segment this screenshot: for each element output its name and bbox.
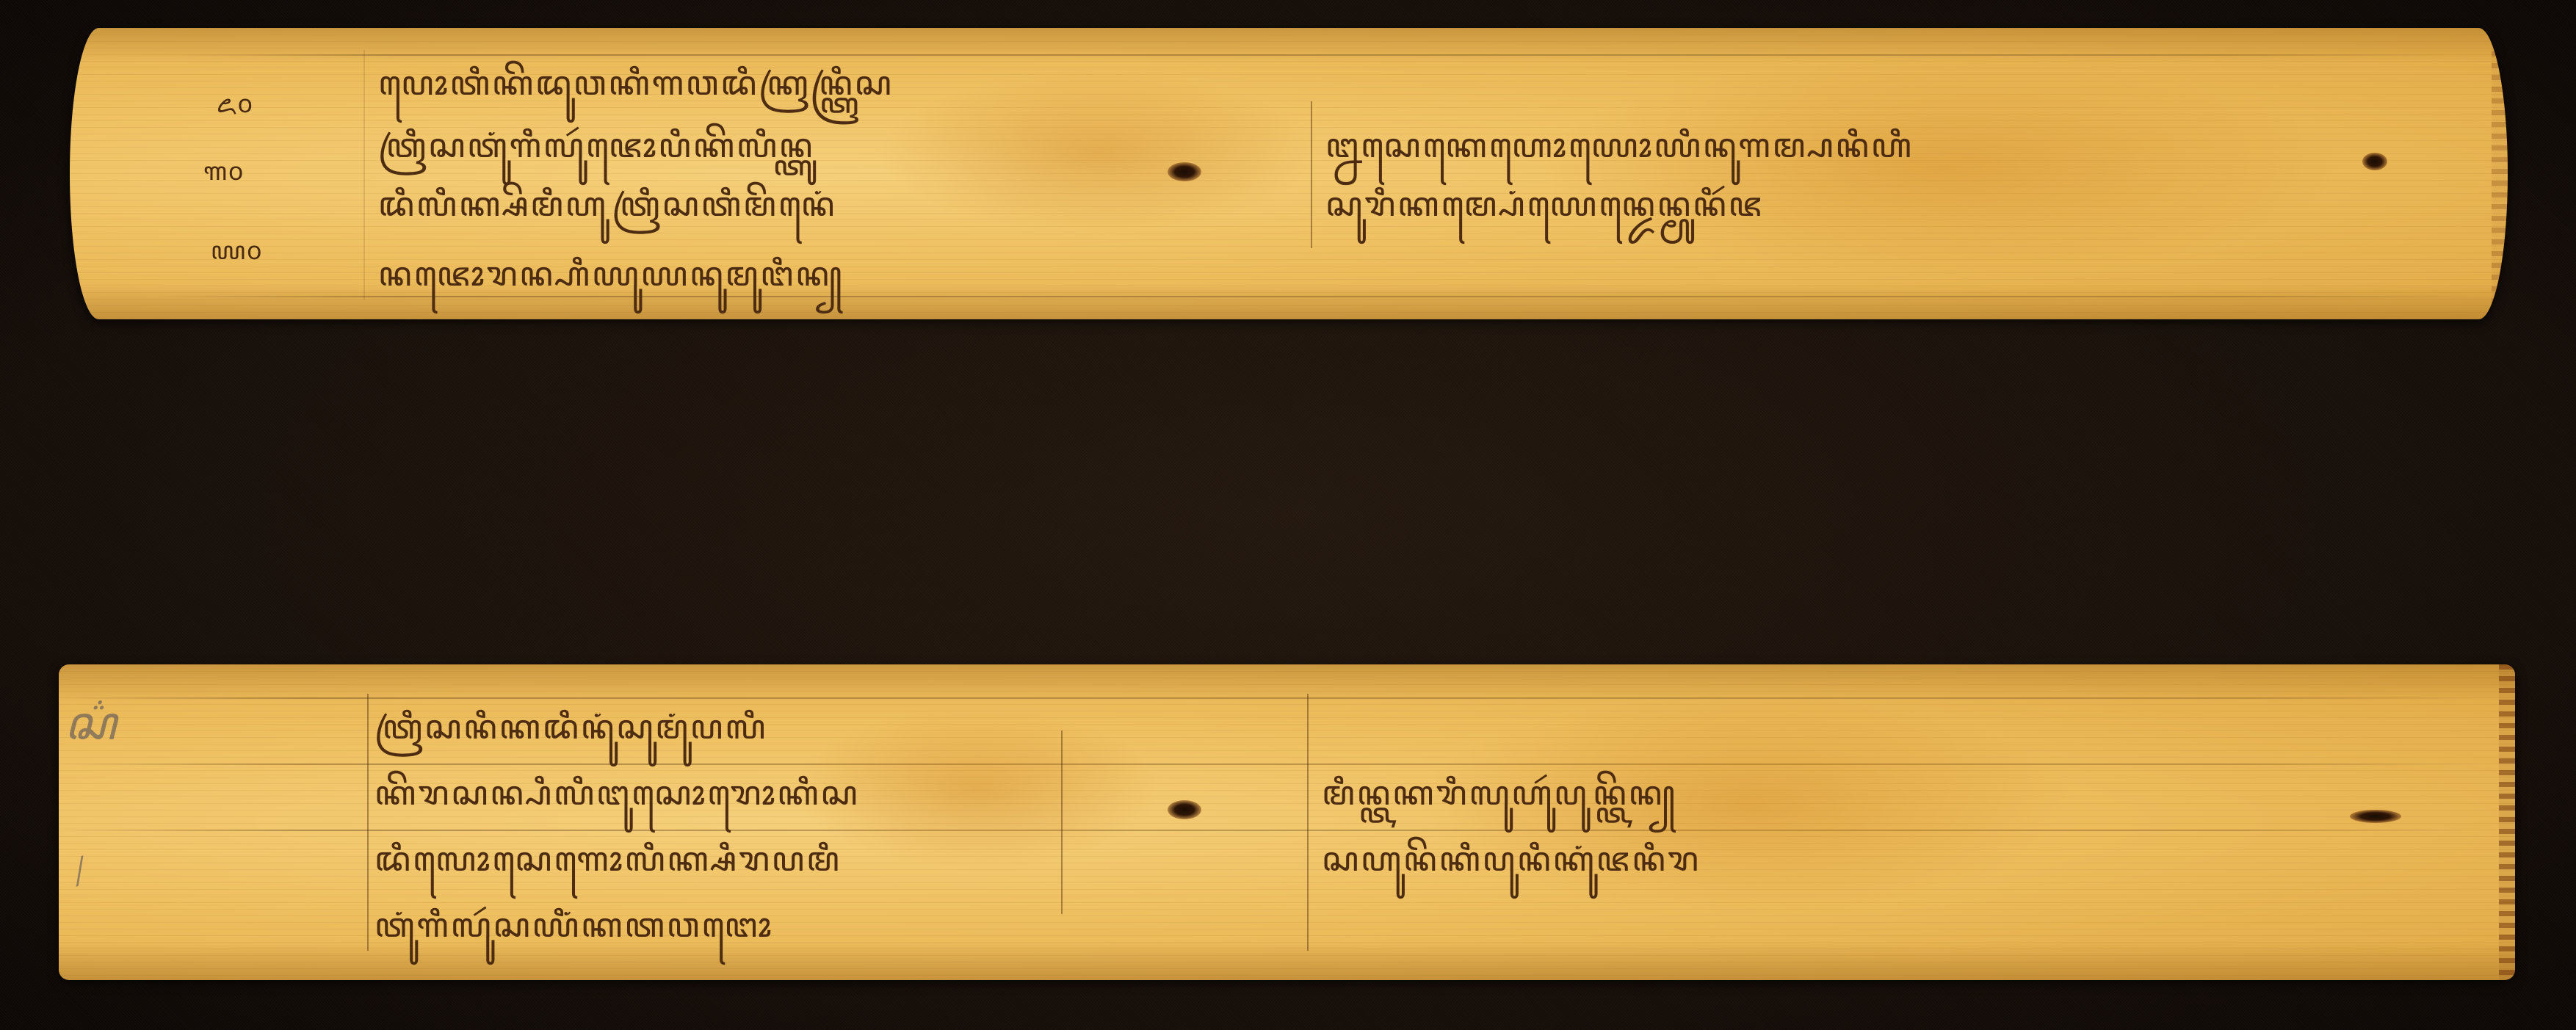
string-hole-right	[2362, 153, 2387, 170]
palm-leaf-folio-top: ꧖꧐ ꧑꧐ ꧙꧐ ꦥꦺꦴꦠꦶꦏꦼꦢꦸꦮꦏꦶꦒꦮꦢꦶꦏꦿꦤ꧀ꦠꦿꦶꦱ ꦠꦿꦶꦱꦠꦸ…	[70, 28, 2508, 319]
ruled-line	[173, 54, 2449, 56]
center-divider-right	[1307, 694, 1309, 951]
center-divider	[1311, 101, 1312, 248]
ruled-line	[59, 697, 2482, 699]
edge-wear-damage	[2499, 664, 2515, 980]
left-margin-rule	[367, 694, 369, 951]
text-line: ꦱꦸꦫꦶꦏꦩ꧀ꦥꦺꦁꦪꦺꦤ꧀ꦢꦺꦤ꧀ꦩꦸꦤꦶꦂꦗ	[1325, 178, 2390, 247]
pencil-annotation: ꦱ꦳	[65, 686, 116, 783]
string-hole-right	[2350, 810, 2401, 823]
palm-leaf-folio-bottom: ꦱ꦳ / ꦠꦿꦶꦱꦤꦶꦏꦢꦶꦤꦸꦁꦱꦸꦩꦸꦁꦥꦭꦶ ꦏꦼꦫꦱꦤ꧀ꦥꦶꦭꦶꦔꦸꦱꦺ…	[59, 664, 2515, 980]
text-line: ꦩꦶꦤ꧀ꦠꦏꦫꦶꦭꦸꦲꦸꦂꦥꦸꦤ꧀ꦠꦼꦤ꧀	[1322, 767, 2387, 836]
left-margin-rule	[363, 50, 365, 300]
pencil-annotation: /	[66, 847, 92, 896]
text-line: ꦢꦶꦭꦶꦏ꧀ꦱꦼꦩꦶꦲꦸꦠꦿꦶꦱꦠꦶꦩꦼꦤꦺꦁ	[378, 178, 1230, 247]
text-line: ꦱꦲꦸꦤꦼꦏꦶꦥꦸꦤꦶꦏꦸꦁꦗꦤꦶꦫ	[1322, 833, 2387, 902]
edge-wear	[2492, 28, 2508, 319]
text-line: ꦢꦶꦭꦺꦴꦱꦺꦒꦺꦴꦭꦶꦏ꧀ꦱꦶꦫꦥꦩꦶ	[375, 833, 1124, 902]
text-line: ꦏꦼꦫꦱꦤ꧀ꦥꦶꦭꦶꦔꦸꦱꦺꦴꦫꦺꦴꦏꦶꦱ	[375, 767, 1124, 836]
string-hole-left	[1168, 162, 1201, 181]
folio-number-2: ꧑꧐	[203, 153, 245, 203]
folio-number-1: ꧖꧐	[217, 85, 254, 136]
folio-number-3: ꧙꧐	[211, 232, 264, 283]
string-hole-left	[1168, 800, 1201, 819]
center-divider-left	[1061, 730, 1063, 914]
